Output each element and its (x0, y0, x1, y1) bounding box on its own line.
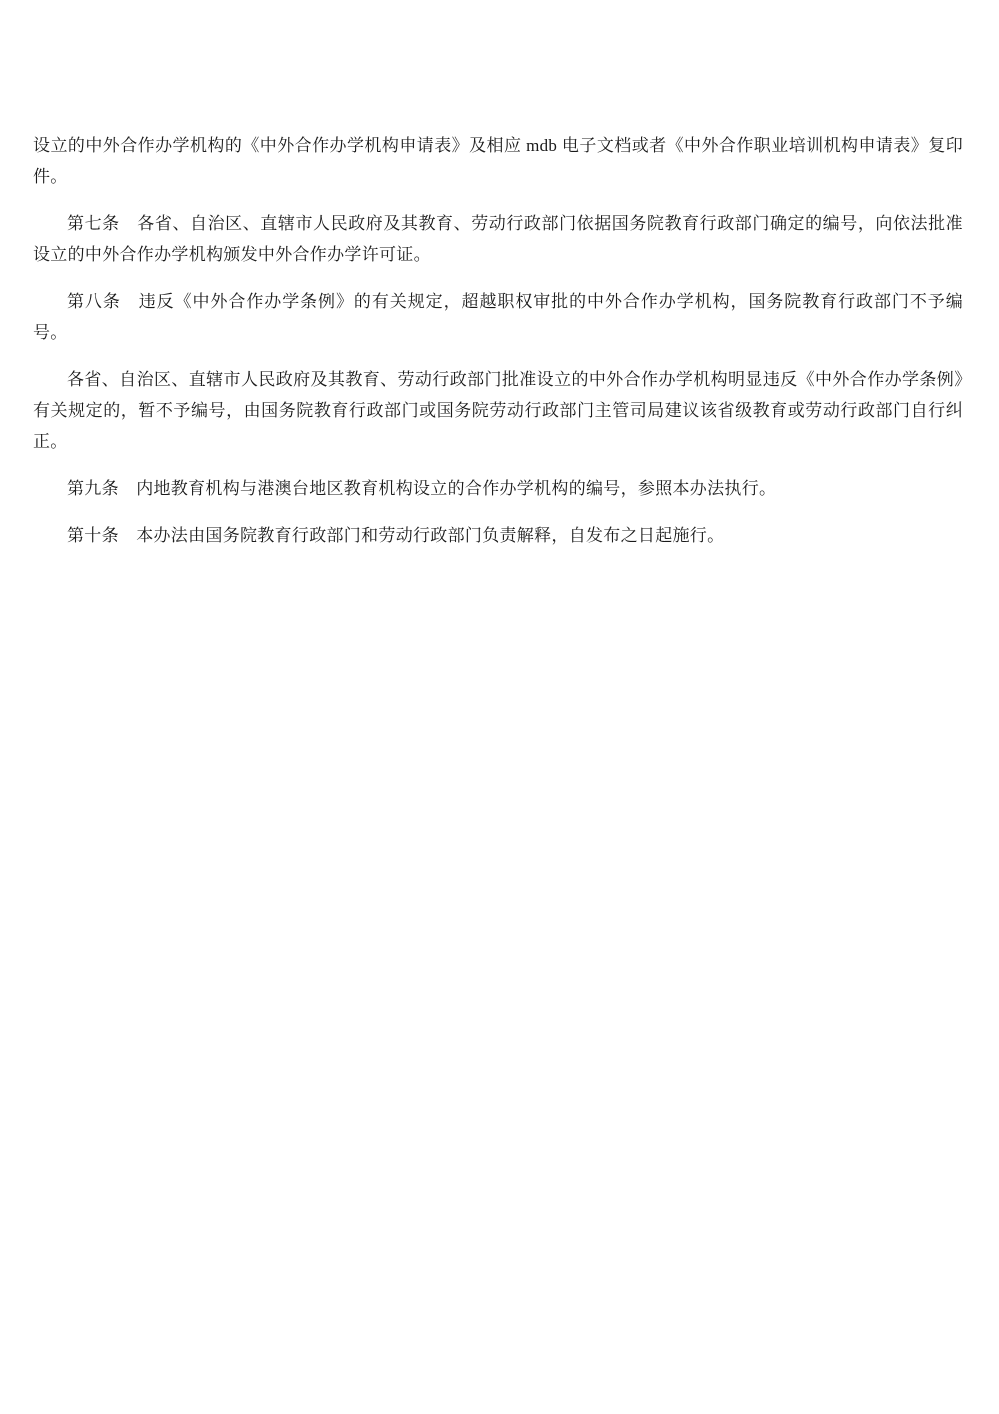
paragraph-article-7: 第七条 各省、自治区、直辖市人民政府及其教育、劳动行政部门依据国务院教育行政部门… (33, 208, 963, 270)
paragraph-article-8: 第八条 违反《中外合作办学条例》的有关规定，超越职权审批的中外合作办学机构，国务… (33, 286, 963, 348)
paragraph-article-8-continuation: 各省、自治区、直辖市人民政府及其教育、劳动行政部门批准设立的中外合作办学机构明显… (33, 364, 963, 457)
paragraph-article-10: 第十条 本办法由国务院教育行政部门和劳动行政部门负责解释，自发布之日起施行。 (33, 520, 963, 551)
paragraph-article-9: 第九条 内地教育机构与港澳台地区教育机构设立的合作办学机构的编号，参照本办法执行… (33, 473, 963, 504)
document-page: 设立的中外合作办学机构的《中外合作办学机构申请表》及相应 mdb 电子文档或者《… (0, 0, 999, 1414)
paragraph-continuation: 设立的中外合作办学机构的《中外合作办学机构申请表》及相应 mdb 电子文档或者《… (33, 130, 963, 192)
document-body: 设立的中外合作办学机构的《中外合作办学机构申请表》及相应 mdb 电子文档或者《… (33, 130, 963, 567)
